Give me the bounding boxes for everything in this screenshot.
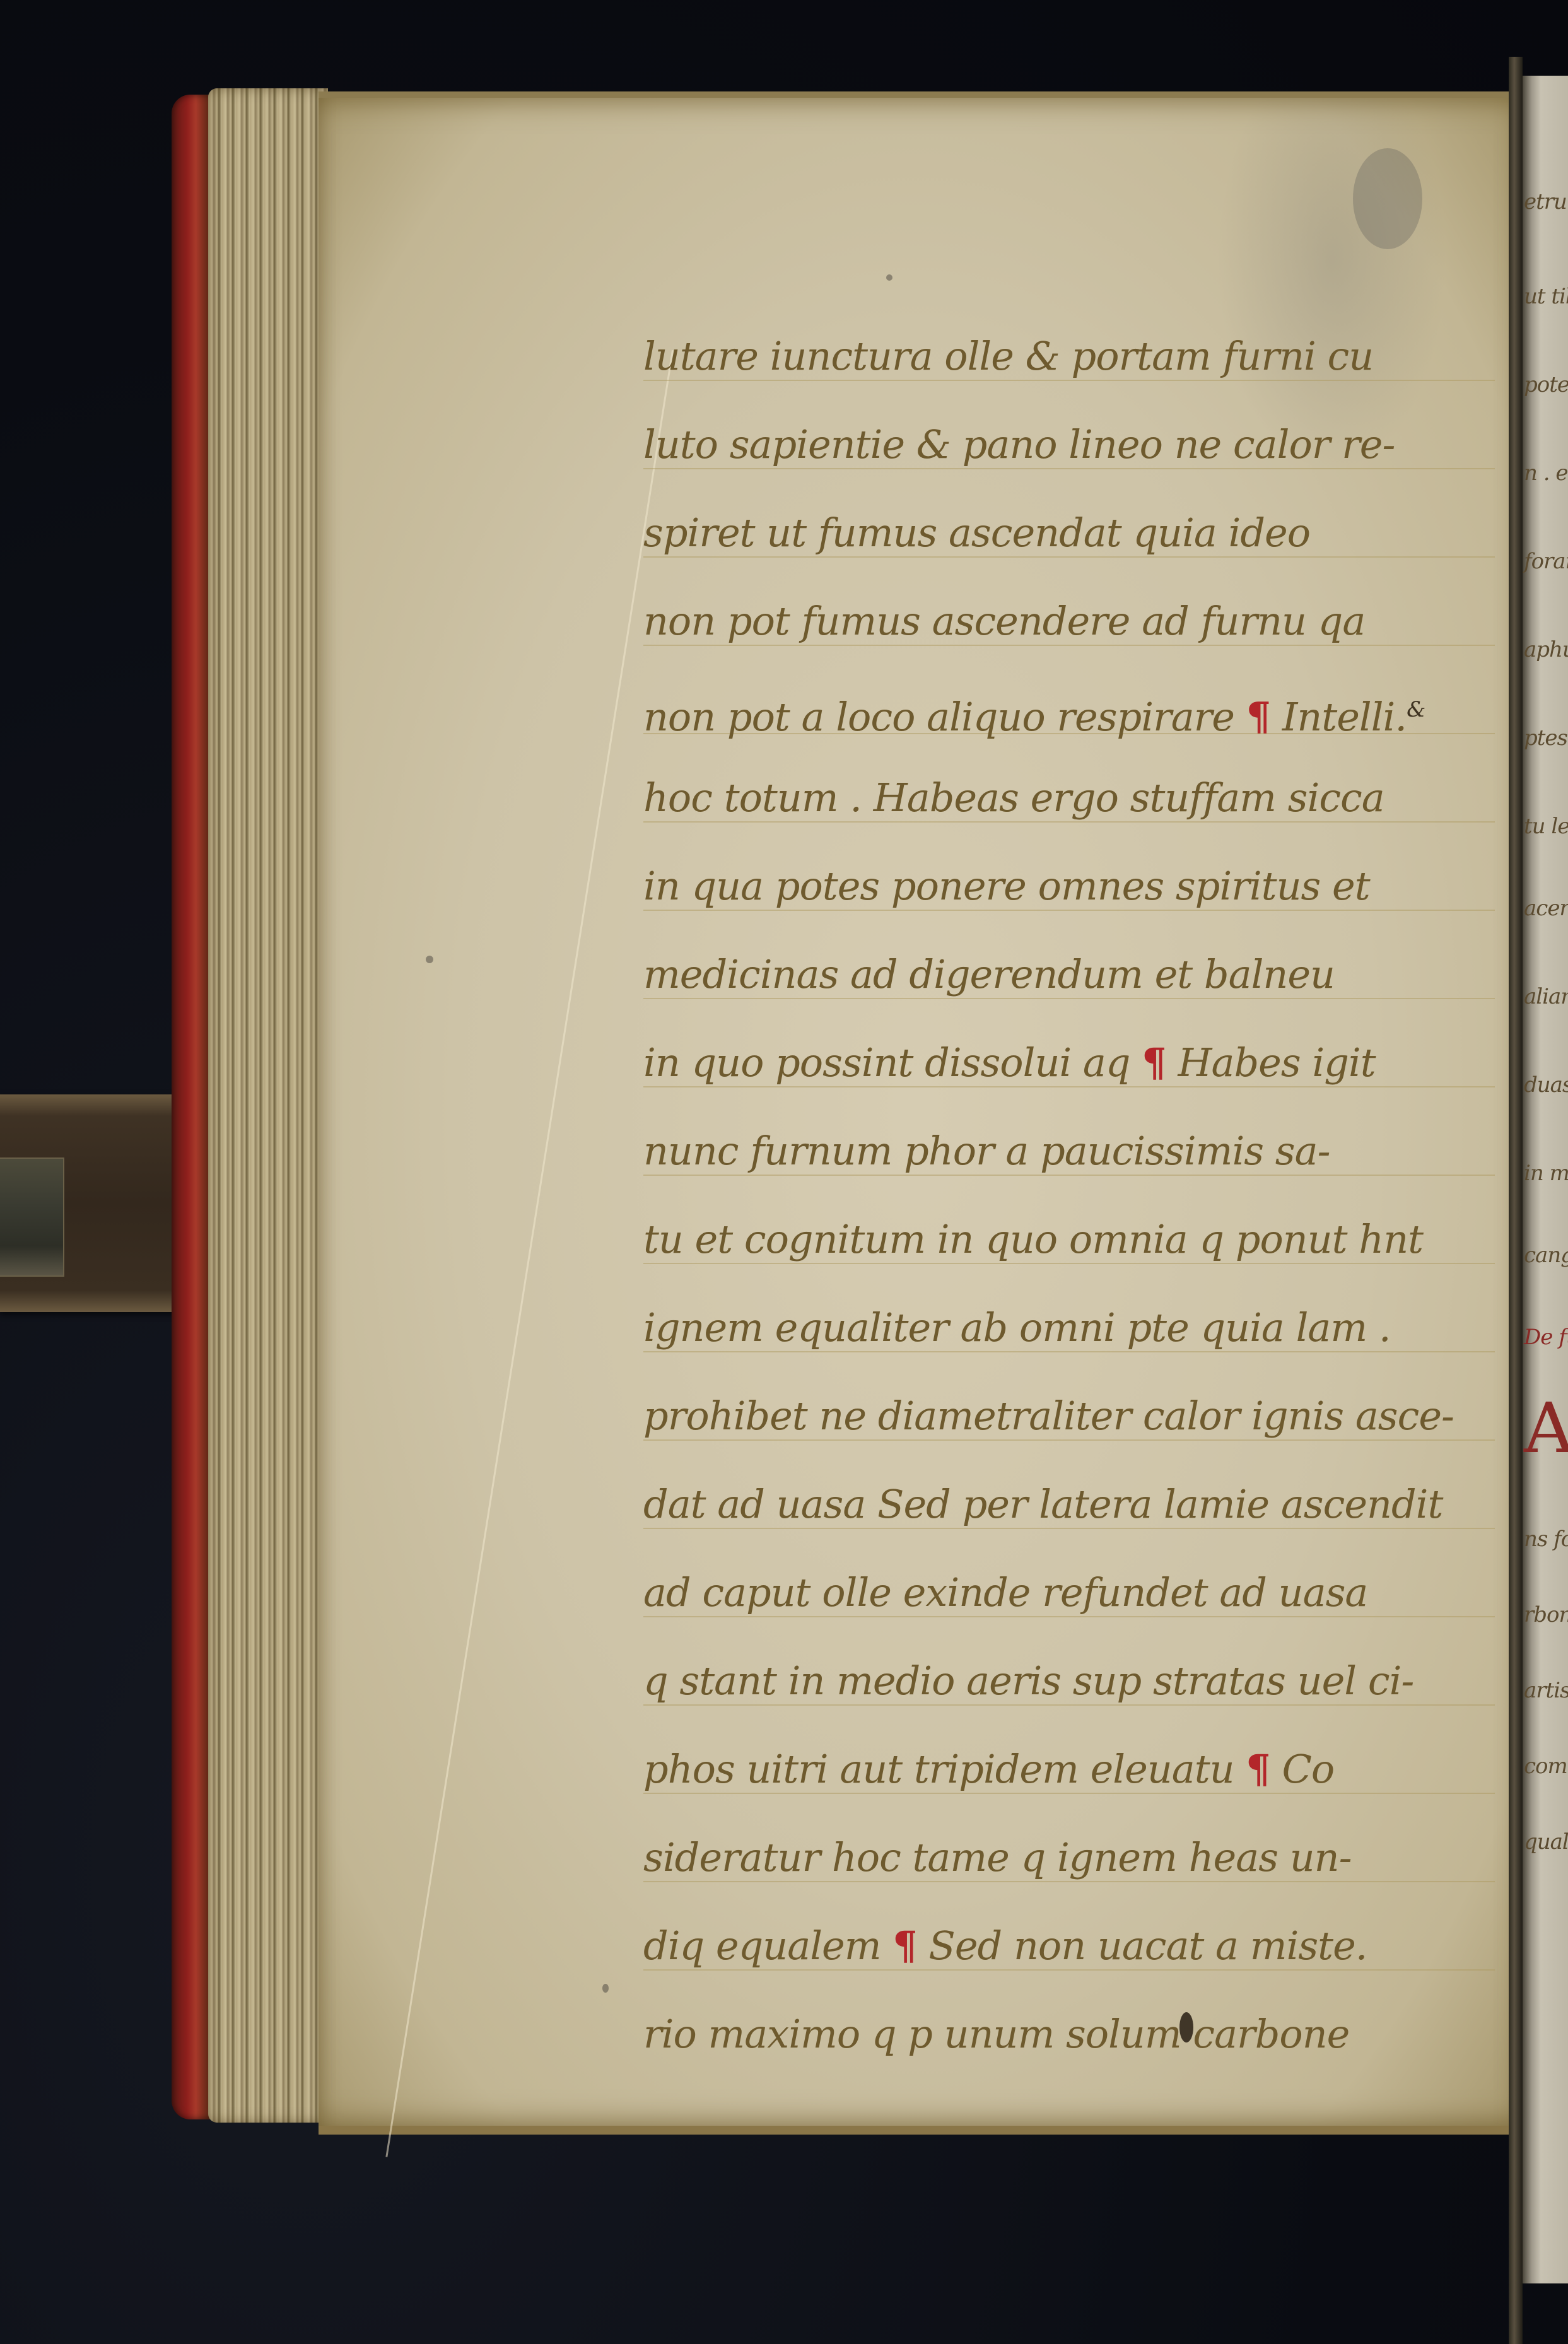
- text-line-5: non pot a loco aliquo respirare ¶ Intell…: [643, 675, 1495, 763]
- adjacent-rubric-heading: De furno: [1524, 1325, 1568, 1350]
- adjacent-text-line: qualiter p: [1524, 1829, 1568, 1855]
- adjacent-text-line: rbones: [1524, 1602, 1568, 1627]
- line-text: luto sapientie & pano lineo ne calor re-: [643, 421, 1395, 467]
- adjacent-initial-letter: A: [1524, 1388, 1568, 1468]
- book-gutter: [1509, 57, 1523, 2344]
- adjacent-text-line: ptes sit: [1524, 725, 1568, 751]
- adjacent-text-line: foramu: [1524, 549, 1568, 574]
- line-text: non pot fumus ascendere ad furnu qa: [643, 598, 1365, 644]
- text-line-3: spiret ut fumus ascendat quia ideo: [643, 498, 1495, 587]
- line-text: lutare iunctura olle & portam furni cu: [643, 333, 1373, 379]
- line-text: rio maximo q p unum solum carbone: [643, 2011, 1349, 2057]
- line-text: ignem equaliter ab omni pte quia lam .: [643, 1304, 1391, 1351]
- text-line-20: rio maximo q p unum solum carbone: [643, 2000, 1495, 2088]
- line-text: q stant in medio aeris sup stratas uel c…: [643, 1658, 1413, 1704]
- adjacent-text-line: etruul: [1524, 189, 1568, 214]
- text-line-13: prohibet ne diametraliter calor ignis as…: [643, 1381, 1495, 1470]
- speck: [426, 956, 433, 963]
- line-text: medicinas ad digerendum et balneu: [643, 951, 1335, 997]
- marginal-note: &: [1407, 697, 1425, 722]
- page-stack-edges: [208, 88, 328, 2123]
- adjacent-text-line: compact: [1524, 1754, 1568, 1779]
- adjacent-text-line: aphum: [1524, 637, 1568, 662]
- stain-top-right: [1353, 148, 1422, 249]
- adjacent-text-line: ns form: [1524, 1527, 1568, 1552]
- line-text: Sed non uacat a miste.: [917, 1923, 1367, 1969]
- adjacent-text-line: poteris: [1524, 372, 1568, 397]
- text-line-10: nunc furnum phor a paucissimis sa-: [643, 1116, 1495, 1205]
- line-text: sideratur hoc tame q ignem heas un-: [643, 1834, 1352, 1880]
- line-text: prohibet ne diametraliter calor ignis as…: [643, 1393, 1454, 1439]
- pilcrow-rubric-icon: ¶: [1246, 1746, 1270, 1792]
- line-text: Intelli.: [1270, 694, 1407, 740]
- adjacent-text-line: tu lebu: [1524, 814, 1568, 839]
- text-line-9: in quo possint dissolui aq ¶ Habes igit: [643, 1028, 1495, 1116]
- adjacent-text-line: acere cu: [1524, 896, 1568, 921]
- text-line-14: dat ad uasa Sed per latera lamie ascendi…: [643, 1470, 1495, 1558]
- adjacent-text-line: ut tibi: [1524, 284, 1568, 309]
- line-text: in qua potes ponere omnes spiritus et: [643, 863, 1370, 909]
- text-line-4: non pot fumus ascendere ad furnu qa: [643, 587, 1495, 675]
- line-text: ad caput olle exinde refundet ad uasa: [643, 1569, 1367, 1615]
- text-line-16: q stant in medio aeris sup stratas uel c…: [643, 1646, 1495, 1735]
- speck: [886, 274, 892, 281]
- main-text-block: lutare iunctura olle & portam furni cu l…: [643, 322, 1495, 2088]
- line-text: phos uitri aut tripidem eleuatu: [643, 1746, 1246, 1792]
- text-line-6: hoc totum . Habeas ergo stuffam sicca: [643, 763, 1495, 852]
- text-line-8: medicinas ad digerendum et balneu: [643, 940, 1495, 1028]
- adjacent-text-line: cangens: [1524, 1243, 1568, 1268]
- line-text: Co: [1270, 1746, 1334, 1792]
- pilcrow-rubric-icon: ¶: [1142, 1040, 1166, 1086]
- adjacent-text-line: n . eeu: [1524, 460, 1568, 486]
- metal-clasp-plate: [0, 1157, 64, 1277]
- adjacent-page-edge: etruul ut tibi poteris n . eeu foramu ap…: [1523, 76, 1568, 2283]
- line-text: nunc furnum phor a paucissimis sa-: [643, 1128, 1330, 1174]
- line-text: spiret ut fumus ascendat quia ideo: [643, 510, 1310, 556]
- page-crease: [385, 350, 674, 2157]
- line-text: non pot a loco aliquo respirare: [643, 694, 1246, 740]
- adjacent-text-line: aliam al: [1524, 984, 1568, 1009]
- line-text: in quo possint dissolui aq: [643, 1040, 1142, 1086]
- text-line-1: lutare iunctura olle & portam furni cu: [643, 322, 1495, 410]
- text-line-18: sideratur hoc tame q ignem heas un-: [643, 1823, 1495, 1911]
- text-line-17: phos uitri aut tripidem eleuatu ¶ Co: [643, 1735, 1495, 1823]
- text-line-7: in qua potes ponere omnes spiritus et: [643, 852, 1495, 940]
- text-line-11: tu et cognitum in quo omnia q ponut hnt: [643, 1205, 1495, 1293]
- adjacent-text-line: duas lob: [1524, 1072, 1568, 1098]
- line-text: Habes igit: [1166, 1040, 1376, 1086]
- text-line-19: diq equalem ¶ Sed non uacat a miste.: [643, 1911, 1495, 2000]
- text-line-15: ad caput olle exinde refundet ad uasa: [643, 1558, 1495, 1646]
- text-line-2: luto sapientie & pano lineo ne calor re-: [643, 410, 1495, 498]
- adjacent-text-line: in medio: [1524, 1161, 1568, 1186]
- text-line-12: ignem equaliter ab omni pte quia lam .: [643, 1293, 1495, 1381]
- speck: [602, 1984, 609, 1993]
- adjacent-text-line: artis ro: [1524, 1678, 1568, 1703]
- pilcrow-rubric-icon: ¶: [892, 1923, 916, 1969]
- line-text: tu et cognitum in quo omnia q ponut hnt: [643, 1216, 1423, 1262]
- manuscript-photo: lutare iunctura olle & portam furni cu l…: [0, 0, 1568, 2344]
- line-text: diq equalem: [643, 1923, 892, 1969]
- line-text: hoc totum . Habeas ergo stuffam sicca: [643, 775, 1384, 821]
- line-text: dat ad uasa Sed per latera lamie ascendi…: [643, 1481, 1442, 1527]
